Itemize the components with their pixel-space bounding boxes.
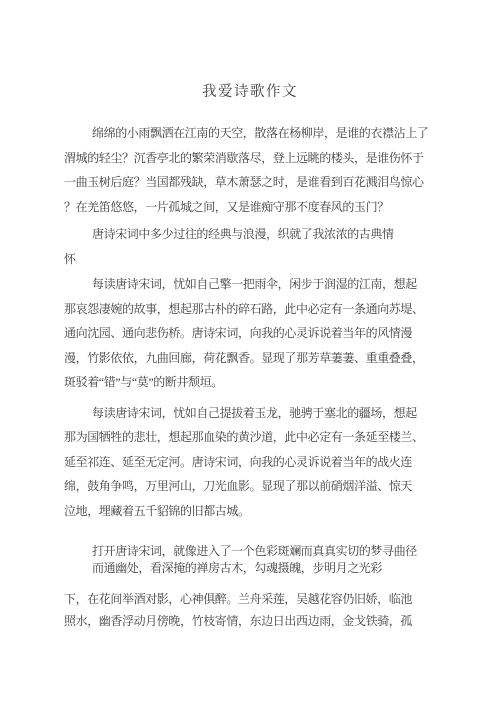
text-line: 打开唐诗宋词，就像进入了一个色彩斑斓而真真实切的梦寻曲径 [64,543,436,560]
text-line: ？在羌笛悠悠，一片孤城之间，又是谁痴守那不度春风的玉门？ [64,195,436,220]
text-line: 照水，幽香浮动月傍晚，竹枝寄情，东边日出西边雨，金戈铁骑，孤 [64,610,436,632]
paragraph: 下，在花间举酒对影，心神俱醉。兰舟采莲，吴越花容仍旧娇，临池照水，幽香浮动月傍晚… [64,588,436,632]
text-line: 每读唐诗宋词，忧如自己提拔着玉龙，驰骋于塞北的疆场，想起 [64,401,436,426]
text-line: 泣地，埋藏着五千貂锦的旧都古城。 [64,499,436,524]
text-line: 唐诗宋词中多少过往的经典与浪漫，织就了我浓浓的古典情 [64,222,436,247]
paragraph: 每读唐诗宋词，忧如自己提拔着玉龙，驰骋于塞北的疆场，想起那为国牺牲的悲壮，想起那… [64,401,436,524]
text-line: 怀 [64,247,436,272]
text-line: 延至祁连、延至无定河。唐诗宋词，向我的心灵诉说着当年的战火连 [64,450,436,475]
text-line: 那为国牺牲的悲壮，想起那血染的黄沙道，此中必定有一条延至楼兰、 [64,425,436,450]
text-line: 每读唐诗宋词，忧如自己擎一把雨伞，闲步于润湿的江南，想起 [64,272,436,297]
paragraph: 唐诗宋词中多少过往的经典与浪漫，织就了我浓浓的古典情怀 [64,222,436,271]
document-title: 我爱诗歌作文 [0,80,500,101]
text-line: 绵绵的小雨飘洒在江南的天空，散落在杨柳岸，是谁的衣襟沾上了 [64,121,436,146]
text-line: 通向沈园、通向悲伤桥。唐诗宋词，向我的心灵诉说着当年的风情漫 [64,321,436,346]
paragraph: 打开唐诗宋词，就像进入了一个色彩斑斓而真真实切的梦寻曲径而通幽处，看深掩的禅房古… [64,543,436,577]
text-line: 那哀怨凄婉的故事，想起那古朴的碎石路，此中必定有一条通向苏堤、 [64,297,436,322]
text-line: 漫，竹影依依，九曲回廊，荷花飘香。显现了那芳草萋萋、重重叠叠， [64,346,436,371]
text-line: 绵，鼓角争鸣，万里河山，刀光血影。显现了那以前硝烟洋溢、惊天 [64,474,436,499]
paragraph: 每读唐诗宋词，忧如自己擎一把雨伞，闲步于润湿的江南，想起那哀怨凄婉的故事，想起那… [64,272,436,395]
text-line: 一曲玉树后庭？当国都残缺，草木萧瑟之时，是谁看到百花溅泪鸟惊心 [64,170,436,195]
text-line: 斑驳着“错”与“莫”的断井颓垣。 [64,370,436,395]
document-body: 绵绵的小雨飘洒在江南的天空，散落在杨柳岸，是谁的衣襟沾上了渭城的轻尘？沉香亭北的… [64,121,436,632]
document-page: 我爱诗歌作文 绵绵的小雨飘洒在江南的天空，散落在杨柳岸，是谁的衣襟沾上了渭城的轻… [0,0,500,708]
text-line: 而通幽处，看深掩的禅房古木，勾魂摄魄，步明月之光彩 [64,560,436,577]
paragraph: 绵绵的小雨飘洒在江南的天空，散落在杨柳岸，是谁的衣襟沾上了渭城的轻尘？沉香亭北的… [64,121,436,219]
text-line: 渭城的轻尘？沉香亭北的繁荣消歇落尽，登上远眺的楼头，是谁伤怀于 [64,146,436,171]
text-line: 下，在花间举酒对影，心神俱醉。兰舟采莲，吴越花容仍旧娇，临池 [64,588,436,610]
